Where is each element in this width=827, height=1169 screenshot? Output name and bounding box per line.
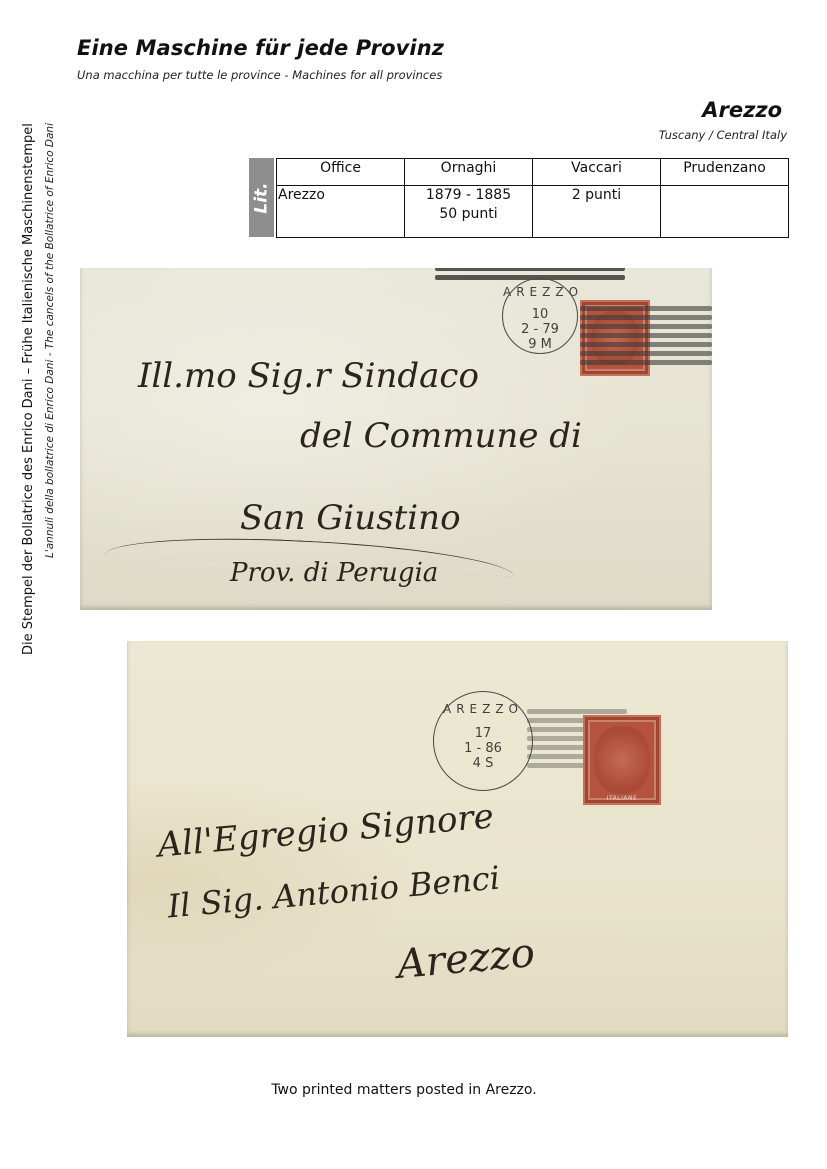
address-line: Arezzo <box>395 930 536 988</box>
address-line: San Giustino <box>240 498 461 538</box>
postmark-1: AREZZO 10 2 - 79 9 M <box>502 278 578 354</box>
side-title: Die Stempel der Bollatrice des Enrico Da… <box>21 123 36 655</box>
table-header-row: Office Ornaghi Vaccari Prudenzano <box>277 159 789 186</box>
cell-ornaghi: 1879 - 1885 50 punti <box>405 185 533 237</box>
ornaghi-points: 50 punti <box>407 205 530 224</box>
figure-caption: Two printed matters posted in Arezzo. <box>0 1082 808 1098</box>
envelope-1-image: AREZZO 10 2 - 79 9 M Ill.mo Sig.r Sindac… <box>80 268 712 610</box>
header-ornaghi: Ornaghi <box>405 159 533 186</box>
address-line: Ill.mo Sig.r Sindaco <box>138 356 479 396</box>
side-subtitle: L'annuli della bollatrice di Enrico Dani… <box>44 123 56 558</box>
header-prudenzano: Prudenzano <box>661 159 789 186</box>
table-row: Arezzo 1879 - 1885 50 punti 2 punti <box>277 185 789 237</box>
page-subtitle: Una macchina per tutte le province - Mac… <box>77 68 442 82</box>
postmark-2: AREZZO 17 1 - 86 4 S <box>433 691 533 791</box>
cell-office: Arezzo <box>277 185 405 237</box>
ornaghi-years: 1879 - 1885 <box>407 186 530 205</box>
address-line: del Commune di <box>300 416 582 456</box>
header-vaccari: Vaccari <box>533 159 661 186</box>
address-line: Prov. di Perugia <box>230 558 438 588</box>
envelope-2-image: AREZZO 17 1 - 86 4 S ITALIANE All'Egregi… <box>127 641 788 1037</box>
page-title: Eine Maschine für jede Provinz <box>77 36 444 60</box>
literature-tab: Lit. <box>249 158 274 237</box>
place-region: Tuscany / Central Italy <box>659 128 787 142</box>
place-name: Arezzo <box>702 98 782 122</box>
stamp-2: ITALIANE <box>583 715 661 805</box>
literature-label: Lit. <box>252 182 272 213</box>
header-office: Office <box>277 159 405 186</box>
rating-table: Office Ornaghi Vaccari Prudenzano Arezzo… <box>276 158 789 238</box>
address-line: All'Egregio Signore <box>156 796 495 865</box>
cell-prudenzano <box>661 185 789 237</box>
address-line: Il Sig. Antonio Benci <box>166 859 501 926</box>
cell-vaccari: 2 punti <box>533 185 661 237</box>
cancel-bars-1 <box>580 306 712 369</box>
